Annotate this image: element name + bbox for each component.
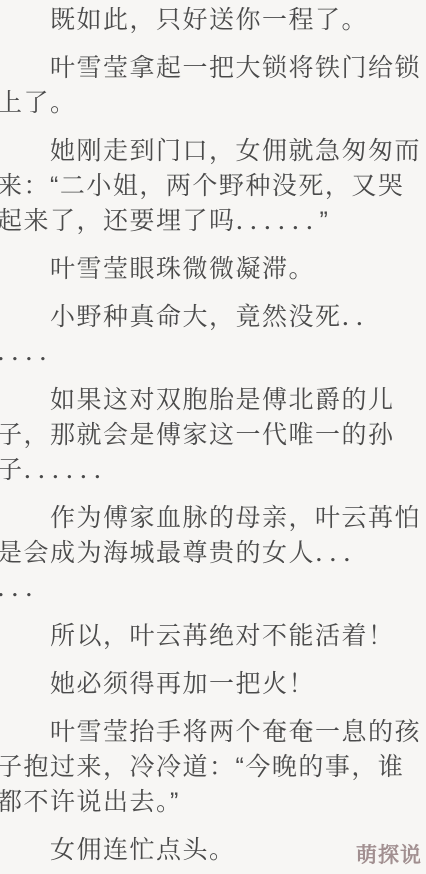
paragraph: 所以，叶云苒绝对不能活着！	[0, 619, 426, 654]
text-line: 叶雪莹眼珠微微凝滞。	[0, 252, 426, 287]
watermark-logo: 萌探说	[356, 839, 422, 869]
paragraph: 她刚走到门口，女佣就急匆匆而来：“二小姐，两个野种没死，又哭起来了，还要埋了吗．…	[0, 134, 426, 239]
text-line: 是会成为海城最尊贵的女人．．．	[0, 536, 426, 571]
text-line: 小野种真命大，竟然没死．．	[0, 300, 426, 335]
text-line: 她必须得再加一把火！	[0, 667, 426, 702]
text-line: 都不许说出去。”	[0, 785, 426, 820]
text-line: 子抱过来，冷冷道：“今晚的事，谁	[0, 750, 426, 785]
paragraph: 小野种真命大，竟然没死．．．．．．	[0, 300, 426, 370]
text-line: 来：“二小姐，两个野种没死，又哭	[0, 169, 426, 204]
paragraph: 叶雪莹拿起一把大锁将铁门给锁上了。	[0, 51, 426, 121]
text-line: 作为傅家血脉的母亲，叶云苒怕	[0, 501, 426, 536]
text-line: 既如此，只好送你一程了。	[0, 3, 426, 38]
text-line: 她刚走到门口，女佣就急匆匆而	[0, 134, 426, 169]
paragraph: 作为傅家血脉的母亲，叶云苒怕是会成为海城最尊贵的女人．．．．．．	[0, 501, 426, 606]
paragraph: 叶雪莹抬手将两个奄奄一息的孩子抱过来，冷冷道：“今晚的事，谁都不许说出去。”	[0, 715, 426, 820]
text-line: 上了。	[0, 86, 426, 121]
novel-text: 既如此，只好送你一程了。叶雪莹拿起一把大锁将铁门给锁上了。她刚走到门口，女佣就急…	[0, 3, 426, 874]
text-line: 叶雪莹拿起一把大锁将铁门给锁	[0, 51, 426, 86]
text-line: ．．．	[0, 571, 426, 606]
text-line: 起来了，还要埋了吗．．．．．．”	[0, 204, 426, 239]
paragraph: 既如此，只好送你一程了。	[0, 3, 426, 38]
text-line: 如果这对双胞胎是傅北爵的儿	[0, 383, 426, 418]
paragraph: 她必须得再加一把火！	[0, 667, 426, 702]
paragraph: 如果这对双胞胎是傅北爵的儿子，那就会是傅家这一代唯一的孙子．．．．．．	[0, 383, 426, 488]
reader-page: 既如此，只好送你一程了。叶雪莹拿起一把大锁将铁门给锁上了。她刚走到门口，女佣就急…	[0, 0, 426, 874]
text-line: 所以，叶云苒绝对不能活着！	[0, 619, 426, 654]
novel-page: { "page": { "background_color": "#f7f6f4…	[0, 0, 426, 874]
text-line: ．．．．	[0, 335, 426, 370]
text-line: 子，那就会是傅家这一代唯一的孙	[0, 418, 426, 453]
text-line: 子．．．．．．	[0, 453, 426, 488]
text-line: 叶雪莹抬手将两个奄奄一息的孩	[0, 715, 426, 750]
paragraph: 叶雪莹眼珠微微凝滞。	[0, 252, 426, 287]
